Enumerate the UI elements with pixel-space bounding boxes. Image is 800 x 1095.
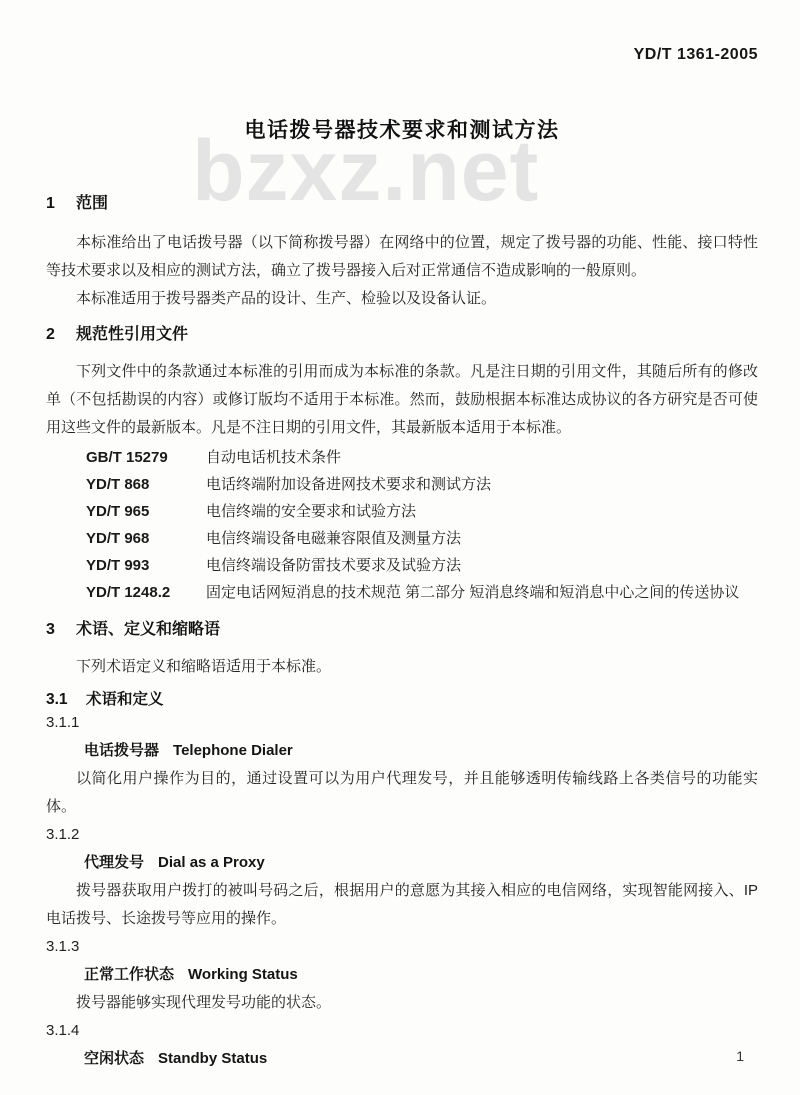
reference-list: GB/T 15279 自动电话机技术条件 YD/T 868 电话终端附加设备进网…	[46, 444, 758, 606]
scanned-standard-page: bzxz.net YD/T 1361-2005 电话拨号器技术要求和测试方法 1…	[0, 0, 800, 1095]
section-1-number: 1	[46, 195, 76, 213]
term-definition: 拨号器获取用户拨打的被叫号码之后，根据用户的意愿为其接入相应的电信网络，实现智能…	[46, 877, 758, 933]
term-block: 3.1.1 电话拨号器Telephone Dialer 以简化用户操作为目的，通…	[46, 709, 758, 821]
reference-code: GB/T 15279	[86, 444, 206, 471]
section-2-paragraph-1: 下列文件中的条款通过本标准的引用而成为本标准的条款。凡是注日期的引用文件，其随后…	[46, 358, 758, 442]
reference-row: YD/T 868 电话终端附加设备进网技术要求和测试方法	[86, 471, 758, 498]
reference-code: YD/T 968	[86, 525, 206, 552]
reference-code: YD/T 868	[86, 471, 206, 498]
term-definition: 拨号器能够实现代理发号功能的状态。	[46, 989, 758, 1017]
section-2-heading: 2规范性引用文件	[46, 321, 758, 344]
reference-code: YD/T 1248.2	[86, 579, 206, 606]
section-1-label: 范围	[76, 195, 108, 212]
term-definition: 以简化用户操作为目的，通过设置可以为用户代理发号，并且能够透明传输线路上各类信号…	[46, 765, 758, 821]
section-3-1-label: 术语和定义	[86, 691, 164, 708]
reference-row: YD/T 1248.2 固定电话网短消息的技术规范 第二部分 短消息终端和短消息…	[86, 579, 758, 606]
section-3-heading: 3术语、定义和缩略语	[46, 616, 758, 639]
reference-row: YD/T 993 电信终端设备防雷技术要求及试验方法	[86, 552, 758, 579]
section-1-paragraph-2: 本标准适用于拨号器类产品的设计、生产、检验以及设备认证。	[46, 285, 758, 313]
term-name-zh: 正常工作状态	[84, 966, 174, 983]
term-block: 3.1.2 代理发号Dial as a Proxy 拨号器获取用户拨打的被叫号码…	[46, 821, 758, 933]
reference-title: 电信终端设备防雷技术要求及试验方法	[206, 552, 758, 579]
page-number: 1	[736, 1048, 744, 1064]
term-number: 3.1.2	[46, 821, 758, 849]
reference-row: YD/T 968 电信终端设备电磁兼容限值及测量方法	[86, 525, 758, 552]
section-1-heading: 1范围	[46, 190, 758, 213]
term-title: 电话拨号器Telephone Dialer	[46, 737, 758, 765]
reference-code: YD/T 965	[86, 498, 206, 525]
term-name-zh: 代理发号	[84, 854, 144, 871]
reference-title: 固定电话网短消息的技术规范 第二部分 短消息终端和短消息中心之间的传送协议	[206, 579, 758, 606]
term-name-zh: 空闲状态	[84, 1050, 144, 1067]
reference-title: 电信终端设备电磁兼容限值及测量方法	[206, 525, 758, 552]
reference-title: 自动电话机技术条件	[206, 444, 758, 471]
term-number: 3.1.4	[46, 1017, 758, 1045]
section-3-label: 术语、定义和缩略语	[76, 621, 220, 638]
reference-title: 电信终端的安全要求和试验方法	[206, 498, 758, 525]
term-number: 3.1.3	[46, 933, 758, 961]
reference-title: 电话终端附加设备进网技术要求和测试方法	[206, 471, 758, 498]
section-2-label: 规范性引用文件	[76, 326, 188, 343]
section-3-1-heading: 3.1术语和定义	[46, 687, 758, 709]
term-title: 代理发号Dial as a Proxy	[46, 849, 758, 877]
term-name-en: Standby Status	[158, 1050, 267, 1067]
term-block: 3.1.4 空闲状态Standby Status	[46, 1017, 758, 1073]
term-name-en: Working Status	[188, 966, 298, 983]
section-1-paragraph-1: 本标准给出了电话拨号器（以下简称拨号器）在网络中的位置，规定了拨号器的功能、性能…	[46, 229, 758, 285]
term-block: 3.1.3 正常工作状态Working Status 拨号器能够实现代理发号功能…	[46, 933, 758, 1017]
section-3-1-number: 3.1	[46, 691, 86, 709]
term-name-en: Telephone Dialer	[173, 742, 293, 759]
reference-row: GB/T 15279 自动电话机技术条件	[86, 444, 758, 471]
term-title: 空闲状态Standby Status	[46, 1045, 758, 1073]
document-title: 电话拨号器技术要求和测试方法	[46, 114, 758, 144]
term-name-en: Dial as a Proxy	[158, 854, 265, 871]
section-3-number: 3	[46, 621, 76, 639]
page-content: YD/T 1361-2005 电话拨号器技术要求和测试方法 1范围 本标准给出了…	[0, 0, 800, 1073]
term-name-zh: 电话拨号器	[84, 742, 159, 759]
reference-code: YD/T 993	[86, 552, 206, 579]
section-3-intro: 下列术语定义和缩略语适用于本标准。	[46, 653, 758, 681]
section-2-number: 2	[46, 326, 76, 344]
reference-row: YD/T 965 电信终端的安全要求和试验方法	[86, 498, 758, 525]
doc-number: YD/T 1361-2005	[46, 46, 758, 64]
term-title: 正常工作状态Working Status	[46, 961, 758, 989]
term-number: 3.1.1	[46, 709, 758, 737]
